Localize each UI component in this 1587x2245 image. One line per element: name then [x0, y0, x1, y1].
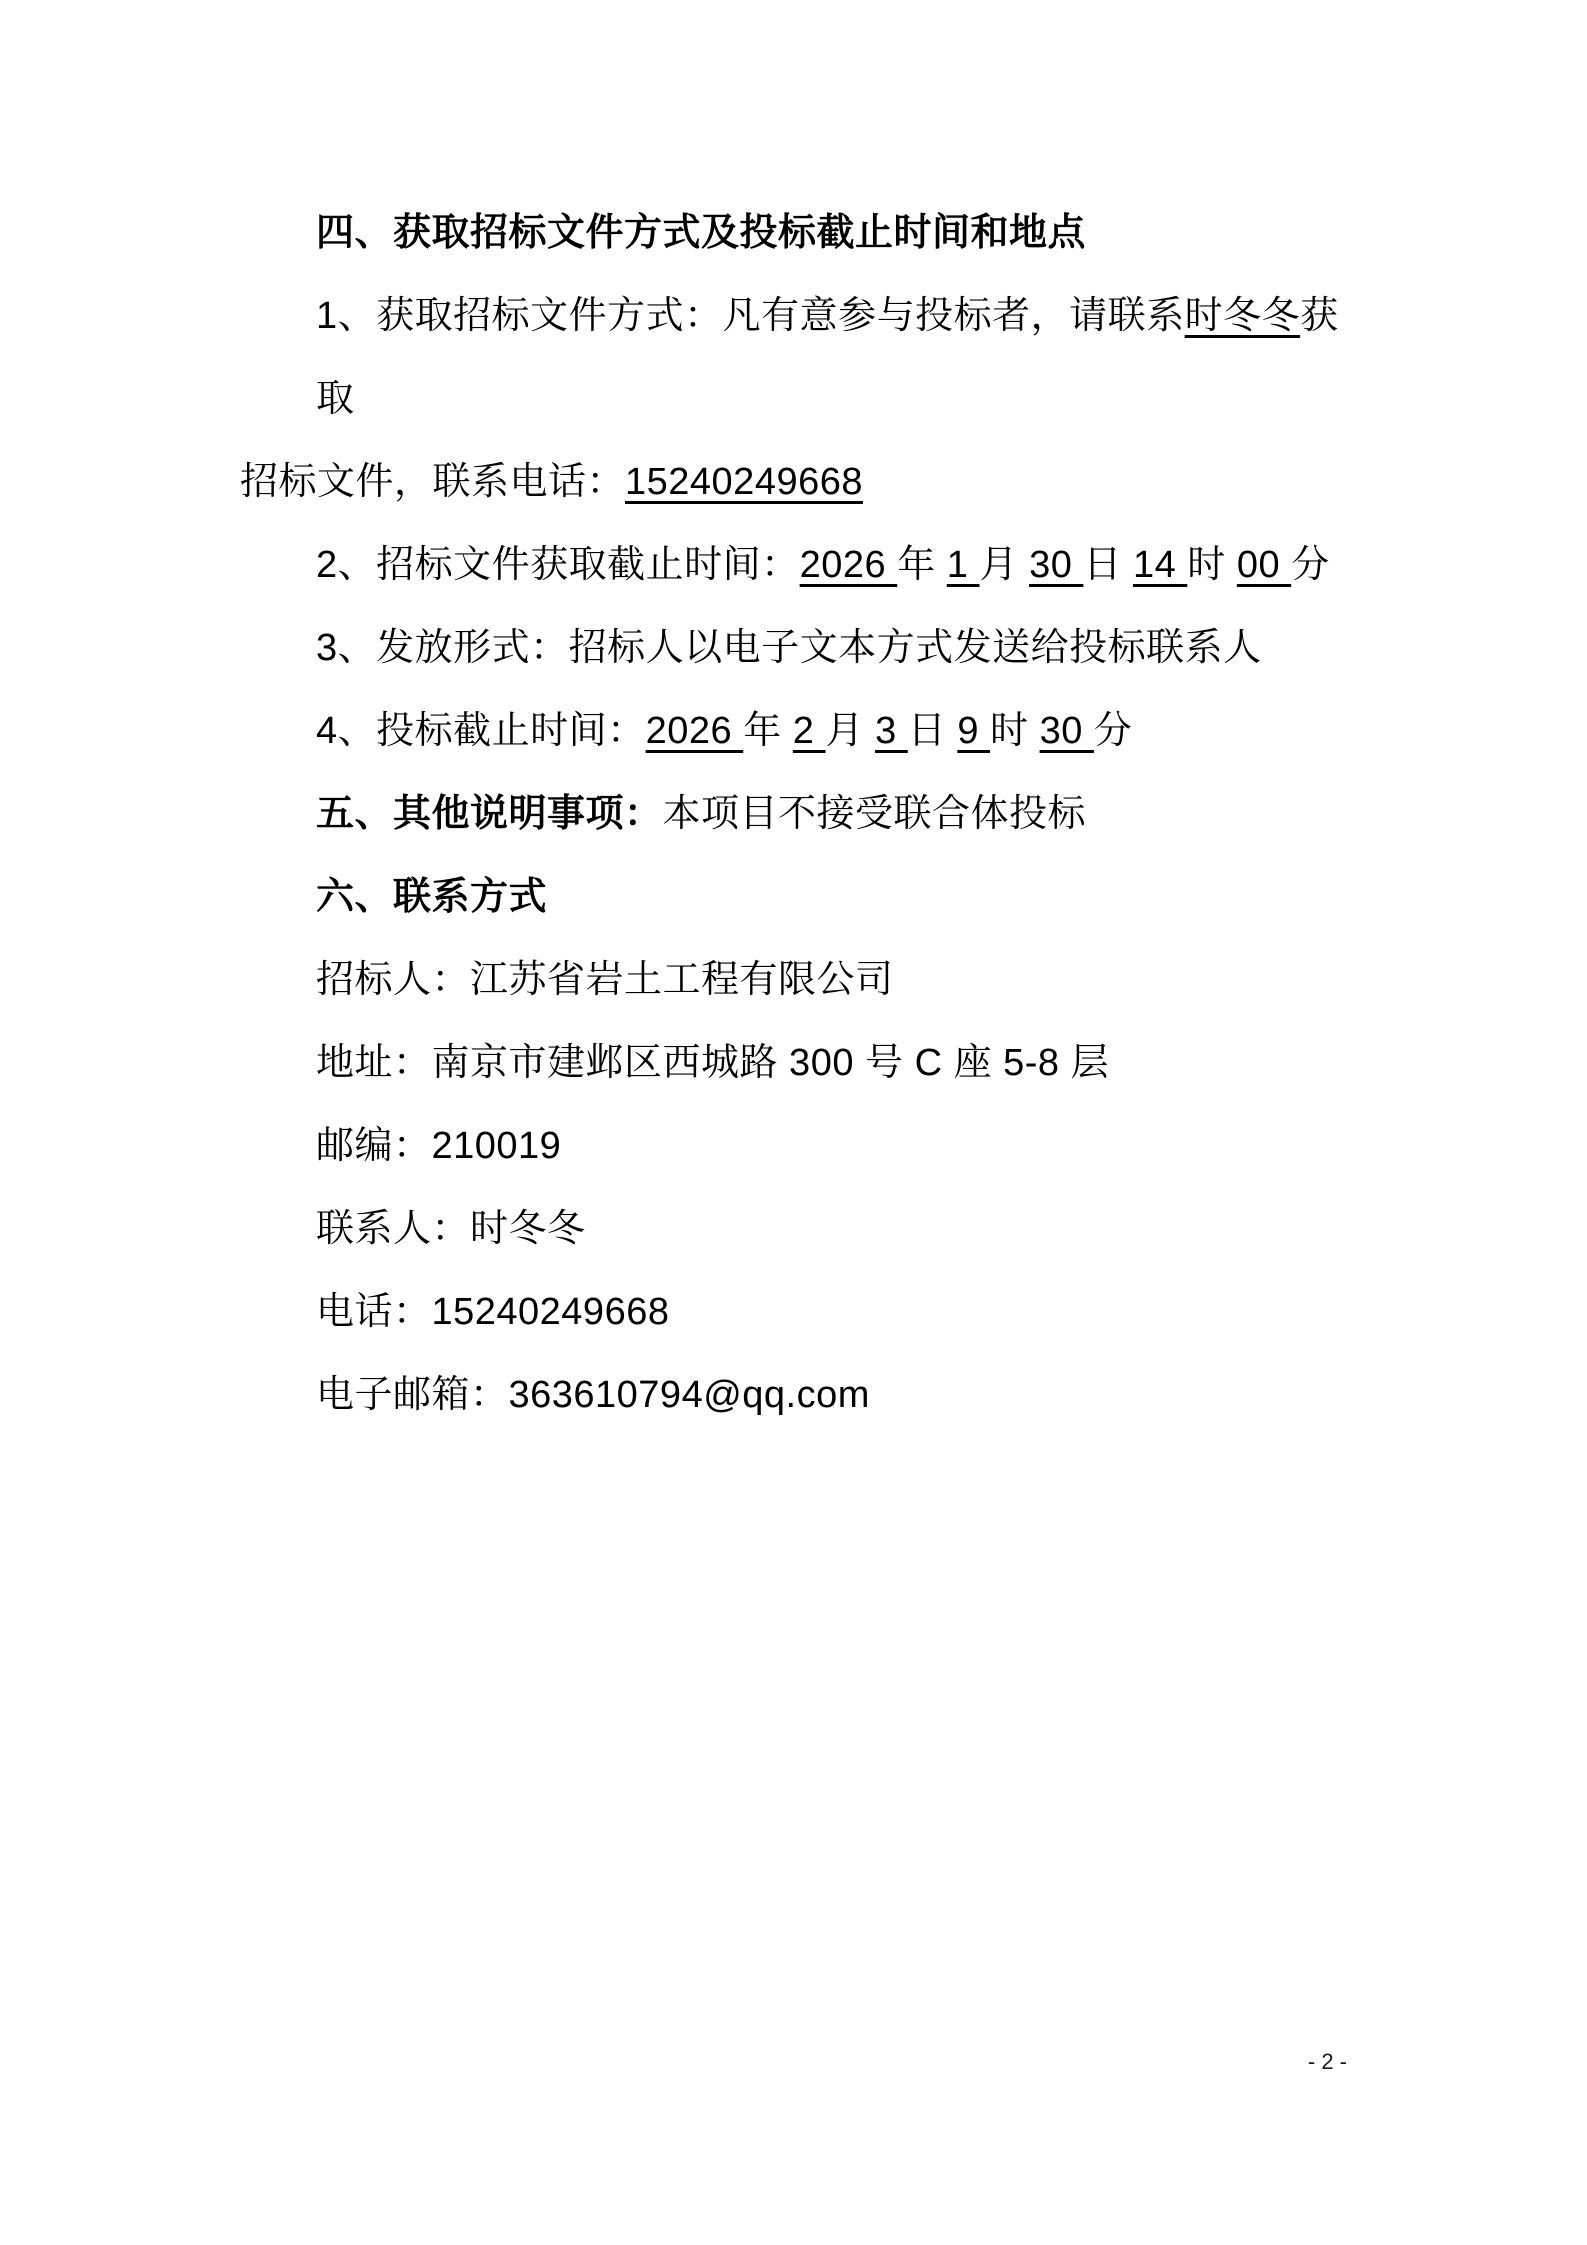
underlined-text-segment: 1: [947, 544, 980, 586]
para-postcode: 邮编：210019: [240, 1105, 1372, 1188]
text-segment: 2、招标文件获取截止时间：: [316, 544, 800, 586]
text-segment: 分: [1291, 544, 1330, 586]
text-segment: 日: [908, 710, 958, 752]
underlined-text-segment: 15240249668: [625, 461, 863, 503]
para-2-obtain-deadline: 2、招标文件获取截止时间：2026 年 1 月 30 日 14 时 00 分: [240, 524, 1372, 607]
underlined-text-segment: 2026: [646, 710, 744, 752]
text-segment: 四、获取招标文件方式及投标截止时间和地点: [316, 212, 1086, 254]
text-segment: 五、其他说明事项：: [316, 793, 663, 835]
text-segment: 招标人：江苏省岩土工程有限公司: [316, 959, 894, 1001]
text-segment: 3、发放形式：招标人以电子文本方式发送给投标联系人: [316, 627, 1262, 669]
text-segment: 4、投标截止时间：: [316, 710, 646, 752]
text-segment: 电话：15240249668: [316, 1291, 669, 1333]
underlined-text-segment: 2026: [800, 544, 898, 586]
text-segment: 年: [743, 710, 793, 752]
text-segment: 时: [1187, 544, 1237, 586]
document-body: 四、获取招标文件方式及投标截止时间和地点1、获取招标文件方式：凡有意参与投标者，…: [240, 192, 1372, 1437]
underlined-text-segment: 00: [1237, 544, 1291, 586]
para-tenderer: 招标人：江苏省岩土工程有限公司: [240, 939, 1372, 1022]
text-segment: 邮编：210019: [316, 1125, 561, 1167]
text-segment: 地址：南京市建邺区西城路 300 号 C 座 5-8 层: [316, 1042, 1109, 1084]
para-contact-person: 联系人：时冬冬: [240, 1188, 1372, 1271]
text-segment: 月: [980, 544, 1030, 586]
text-segment: 电子邮箱：363610794@qq.com: [316, 1374, 870, 1416]
underlined-text-segment: 14: [1133, 544, 1187, 586]
text-segment: 六、联系方式: [316, 876, 547, 918]
underlined-text-segment: 30: [1029, 544, 1083, 586]
text-segment: 招标文件，联系电话：: [240, 461, 625, 503]
underlined-text-segment: 30: [1040, 710, 1094, 752]
para-1-continuation: 招标文件，联系电话：15240249668: [240, 441, 1372, 524]
para-phone: 电话：15240249668: [240, 1271, 1372, 1354]
text-segment: 日: [1083, 544, 1133, 586]
text-segment: 年: [897, 544, 947, 586]
para-3-distribution-form: 3、发放形式：招标人以电子文本方式发送给投标联系人: [240, 607, 1372, 690]
para-4-bid-deadline: 4、投标截止时间：2026 年 2 月 3 日 9 时 30 分: [240, 690, 1372, 773]
underlined-text-segment: 9: [957, 710, 990, 752]
underlined-text-segment: 3: [875, 710, 908, 752]
text-segment: 时: [990, 710, 1040, 752]
para-section-five-other-notes: 五、其他说明事项：本项目不接受联合体投标: [240, 773, 1372, 856]
text-segment: 本项目不接受联合体投标: [663, 793, 1087, 835]
text-segment: 分: [1094, 710, 1133, 752]
heading-section-four: 四、获取招标文件方式及投标截止时间和地点: [240, 192, 1372, 275]
text-segment: 联系人：时冬冬: [316, 1208, 586, 1250]
document-page: 四、获取招标文件方式及投标截止时间和地点1、获取招标文件方式：凡有意参与投标者，…: [0, 0, 1587, 2245]
underlined-text-segment: 2: [793, 710, 826, 752]
para-address: 地址：南京市建邺区西城路 300 号 C 座 5-8 层: [240, 1022, 1372, 1105]
para-email: 电子邮箱：363610794@qq.com: [240, 1354, 1372, 1437]
underlined-text-segment: 时冬冬: [1185, 295, 1301, 337]
text-segment: 月: [826, 710, 876, 752]
page-number: - 2 -: [1308, 2048, 1347, 2076]
heading-section-six-contact: 六、联系方式: [240, 856, 1372, 939]
para-1-obtain-method: 1、获取招标文件方式：凡有意参与投标者，请联系时冬冬获取: [240, 275, 1372, 441]
text-segment: 1、获取招标文件方式：凡有意参与投标者，请联系: [316, 295, 1185, 337]
